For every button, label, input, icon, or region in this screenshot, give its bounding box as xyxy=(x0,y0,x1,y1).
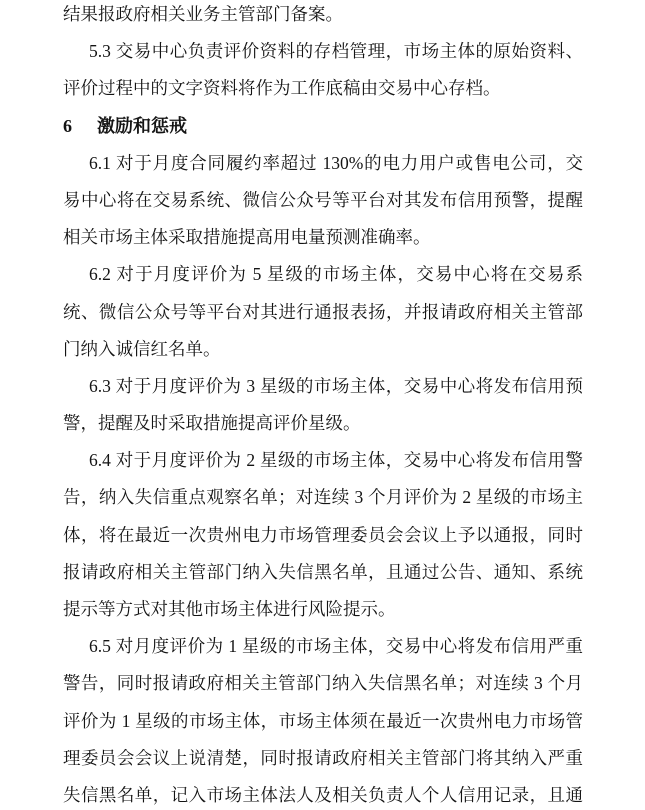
text-line: 失信黑名单，记入市场主体法人及相关负责人个人信用记录，且通 xyxy=(63,777,583,810)
text-line: 相关市场主体采取措施提高用电量预测准确率。 xyxy=(63,219,583,256)
text-line: 评价过程中的文字资料将作为工作底稿由交易中心存档。 xyxy=(63,70,583,107)
text-line: 6.1 对于月度合同履约率超过 130%的电力用户或售电公司，交 xyxy=(63,145,583,182)
text-line: 报请政府相关主管部门纳入失信黑名单，且通过公告、通知、系统 xyxy=(63,554,583,591)
text-line: 6.5 对月度评价为 1 星级的市场主体，交易中心将发布信用严重 xyxy=(63,628,583,665)
text-line: 提示等方式对其他市场主体进行风险提示。 xyxy=(63,591,583,628)
text-body: 结果报政府相关业务主管部门备案。5.3 交易中心负责评价资料的存档管理，市场主体… xyxy=(0,0,645,810)
text-line: 理委员会会议上说清楚，同时报请政府相关主管部门将其纳入严重 xyxy=(63,740,583,777)
text-line: 6.3 对于月度评价为 3 星级的市场主体，交易中心将发布信用预 xyxy=(63,368,583,405)
section-heading-number: 6 xyxy=(63,108,97,145)
text-line: 5.3 交易中心负责评价资料的存档管理，市场主体的原始资料、 xyxy=(63,33,583,70)
text-line: 告，纳入失信重点观察名单；对连续 3 个月评价为 2 星级的市场主 xyxy=(63,479,583,516)
document-page: 结果报政府相关业务主管部门备案。5.3 交易中心负责评价资料的存档管理，市场主体… xyxy=(0,0,645,810)
section-heading: 6激励和惩戒 xyxy=(63,108,583,145)
text-line: 结果报政府相关业务主管部门备案。 xyxy=(63,0,583,33)
text-line: 警告，同时报请政府相关主管部门纳入失信黑名单；对连续 3 个月 xyxy=(63,665,583,702)
text-line: 门纳入诚信红名单。 xyxy=(63,331,583,368)
text-line: 统、微信公众号等平台对其进行通报表扬，并报请政府相关主管部 xyxy=(63,294,583,331)
text-line: 评价为 1 星级的市场主体，市场主体须在最近一次贵州电力市场管 xyxy=(63,703,583,740)
text-line: 警，提醒及时采取措施提高评价星级。 xyxy=(63,405,583,442)
section-heading-title: 激励和惩戒 xyxy=(97,116,187,136)
text-line: 易中心将在交易系统、微信公众号等平台对其发布信用预警，提醒 xyxy=(63,182,583,219)
text-line: 6.4 对于月度评价为 2 星级的市场主体，交易中心将发布信用警 xyxy=(63,442,583,479)
text-line: 体，将在最近一次贵州电力市场管理委员会会议上予以通报，同时 xyxy=(63,517,583,554)
text-line: 6.2 对于月度评价为 5 星级的市场主体，交易中心将在交易系 xyxy=(63,256,583,293)
